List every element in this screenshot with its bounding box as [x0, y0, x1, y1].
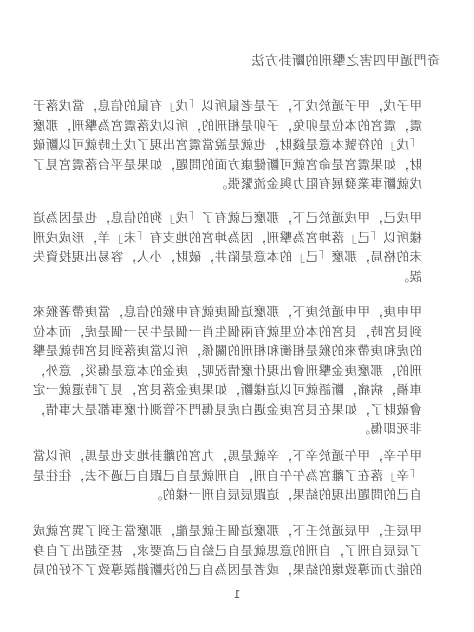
- paragraph-line: 自己的問題出現的結果，這跟辰辰自刑一樣的。: [50, 485, 422, 505]
- document-page: 奇門遁甲四害之擊刑的斷卦方法 甲子戊，甲子遁於戊下，子是老鼠所以「戊」有鼠的信息…: [0, 0, 474, 632]
- paragraph-jia-chen-ren: 甲辰壬，甲辰遁於壬下，那麼這個壬就是龍，那麼當壬到了巽宮就成 了辰辰自刑了，自刑…: [50, 521, 422, 580]
- paragraph-line: 未的格局，那麼「己」的本意是陷井，破財，小人，容易出現投資失: [50, 247, 422, 267]
- paragraph-line: 非死即傷。: [50, 419, 422, 439]
- paragraph-line: 了辰辰自刑了，自刑的意思就是自己給自己高要求，甚至超出了自身: [50, 541, 422, 561]
- paragraph-line: 「戊」的符號本意是錢財，也就是說當震宮出現了戊土時就可以斷破: [50, 135, 422, 155]
- paragraph-line: 的能力而導致壞的結果，或者是因為自己的決斷錯誤導致了不好的局: [50, 560, 422, 580]
- paragraph-jia-xu-ji: 甲戌己，甲戌遁於己下，那麼己就有了「戌」狗的信息，也是因為這 樣所以「己」落坤宮…: [50, 208, 422, 286]
- paragraph-line: 甲戌己，甲戌遁於己下，那麼己就有了「戌」狗的信息，也是因為這: [50, 208, 422, 228]
- paragraph-line: 震，震宮的本位是卯兔，子卯是相刑的，所以戊落震宮為擊刑，那麼: [50, 116, 422, 136]
- paragraph-line: 財，如果震宮是命宮就可斷健康方面的問題，如果是平台落震宮見了: [50, 155, 422, 175]
- paragraph-line: 甲子戊，甲子遁於戊下，子是老鼠所以「戊」有鼠的信息，當戊落于: [50, 96, 422, 116]
- paragraph-line: 甲午辛，甲午遁於辛下，辛就是馬，九宮的離卦地支也是馬，所以當: [50, 446, 422, 466]
- paragraph-line: 的虎和庚帶來的猴是相衝和相刑的關係，所以當庚落到艮宮時就是擊: [50, 341, 422, 361]
- paragraph-line: 誤。: [50, 267, 422, 287]
- paragraph-line: 刑的，那麼庚金擊刑會出現什麼情況呢，庚金的本意是傷災，意外，: [50, 361, 422, 381]
- paragraph-jia-zi-wu: 甲子戊，甲子遁於戊下，子是老鼠所以「戊」有鼠的信息，當戊落于 震，震宮的本位是卯…: [50, 96, 422, 194]
- page-number: 1: [0, 588, 474, 601]
- paragraph-jia-wu-xin: 甲午辛，甲午遁於辛下，辛就是馬，九宮的離卦地支也是馬，所以當 「辛」落在了離宮為…: [50, 446, 422, 505]
- paragraph-line: 到艮宮時，艮宮的本位里就有兩個生肖一個是牛另一個是虎，而本位: [50, 322, 422, 342]
- paragraph-line: 車禍，病痛，斷語就可以這樣斷，如果庚金落艮宮，見了時還就一定: [50, 380, 422, 400]
- paragraph-line: 戊就斷事業發展有阻力與金流緊張。: [50, 174, 422, 194]
- paragraph-line: 會破財了，如果在艮宮庚金遇白虎見傷門不管測什麼事都是大事情，: [50, 400, 422, 420]
- paragraph-jia-shen-geng: 甲申庚，甲申遁於庚下，那麼這個庚就有申猴的信息，當庚帶著猴來 到艮宮時，艮宮的本…: [50, 302, 422, 439]
- paragraph-line: 「辛」落在了離宮為午午自刑，自刑就是自己跟自己過不去，往往是: [50, 466, 422, 486]
- document-title: 奇門遁甲四害之擊刑的斷卦方法: [251, 50, 440, 69]
- paragraph-line: 甲辰壬，甲辰遁於壬下，那麼這個壬就是龍，那麼當壬到了巽宮就成: [50, 521, 422, 541]
- paragraph-line: 樣所以「己」落坤宮為擊刑，因為坤宮的地支有「未」羊，形成戌刑: [50, 228, 422, 248]
- paragraph-line: 甲申庚，甲申遁於庚下，那麼這個庚就有申猴的信息，當庚帶著猴來: [50, 302, 422, 322]
